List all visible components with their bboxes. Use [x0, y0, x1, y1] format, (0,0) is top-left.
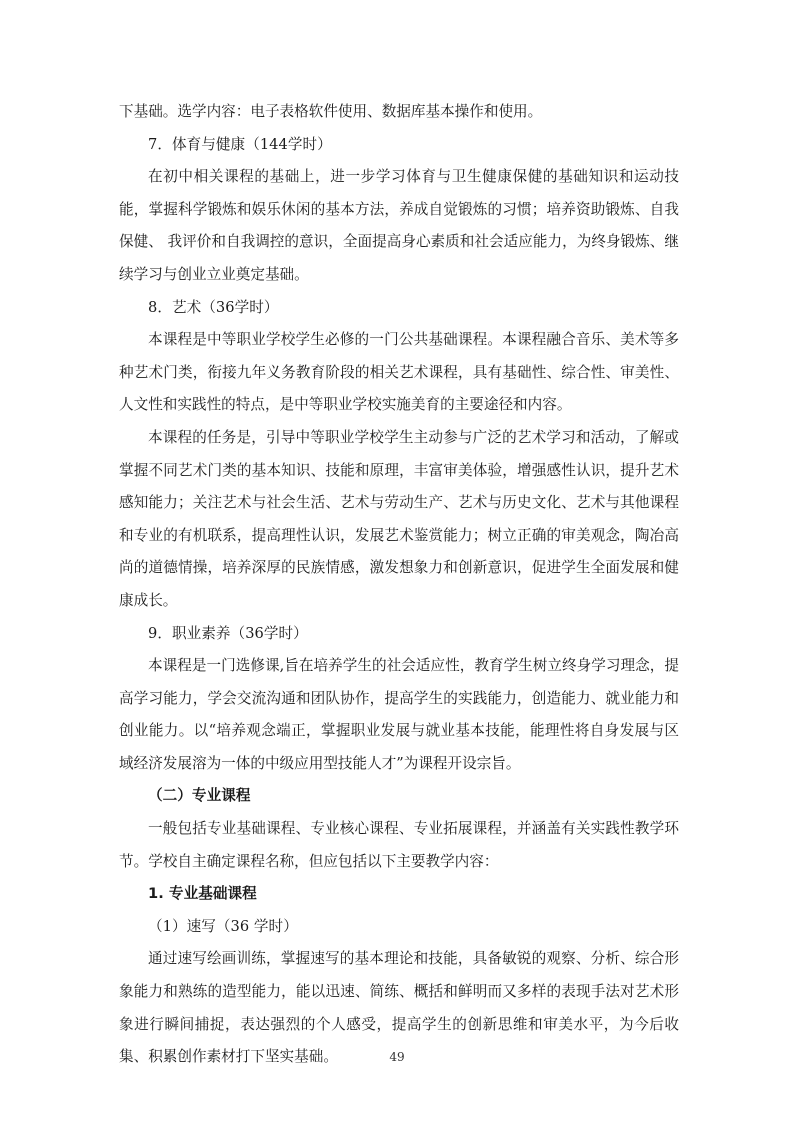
section-heading-career: 9．职业素养（36学时）	[119, 618, 679, 651]
paragraph-art-intro: 本课程是中等职业学校学生必修的一门公共基础课程。本课程融合音乐、美术等多种艺术门…	[119, 324, 679, 422]
section-heading-professional: （二）专业课程	[119, 780, 679, 813]
section-heading-pe: 7．体育与健康（144学时）	[119, 129, 679, 162]
page-number: 49	[0, 1050, 794, 1064]
paragraph-art-task: 本课程的任务是，引导中等职业学校学生主动参与广泛的艺术学习和活动，了解或掌握不同…	[119, 422, 679, 618]
paragraph-professional: 一般包括专业基础课程、专业核心课程、专业拓展课程，并涵盖有关实践性教学环节。学校…	[119, 813, 679, 878]
paragraph-continuation: 下基础。选学内容：电子表格软件使用、数据库基本操作和使用。	[119, 96, 679, 129]
subsection-heading-foundation: 1. 专业基础课程	[119, 878, 679, 911]
paragraph-career: 本课程是一门选修课,旨在培养学生的社会适应性，教育学生树立终身学习理念，提高学习…	[119, 650, 679, 780]
course-heading-sketch: （1）速写（36 学时）	[119, 911, 679, 944]
paragraph-pe: 在初中相关课程的基础上，进一步学习体育与卫生健康保健的基础知识和运动技能，掌握科…	[119, 161, 679, 291]
document-page: 下基础。选学内容：电子表格软件使用、数据库基本操作和使用。 7．体育与健康（14…	[119, 96, 679, 1074]
section-heading-art: 8．艺术（36学时）	[119, 292, 679, 325]
